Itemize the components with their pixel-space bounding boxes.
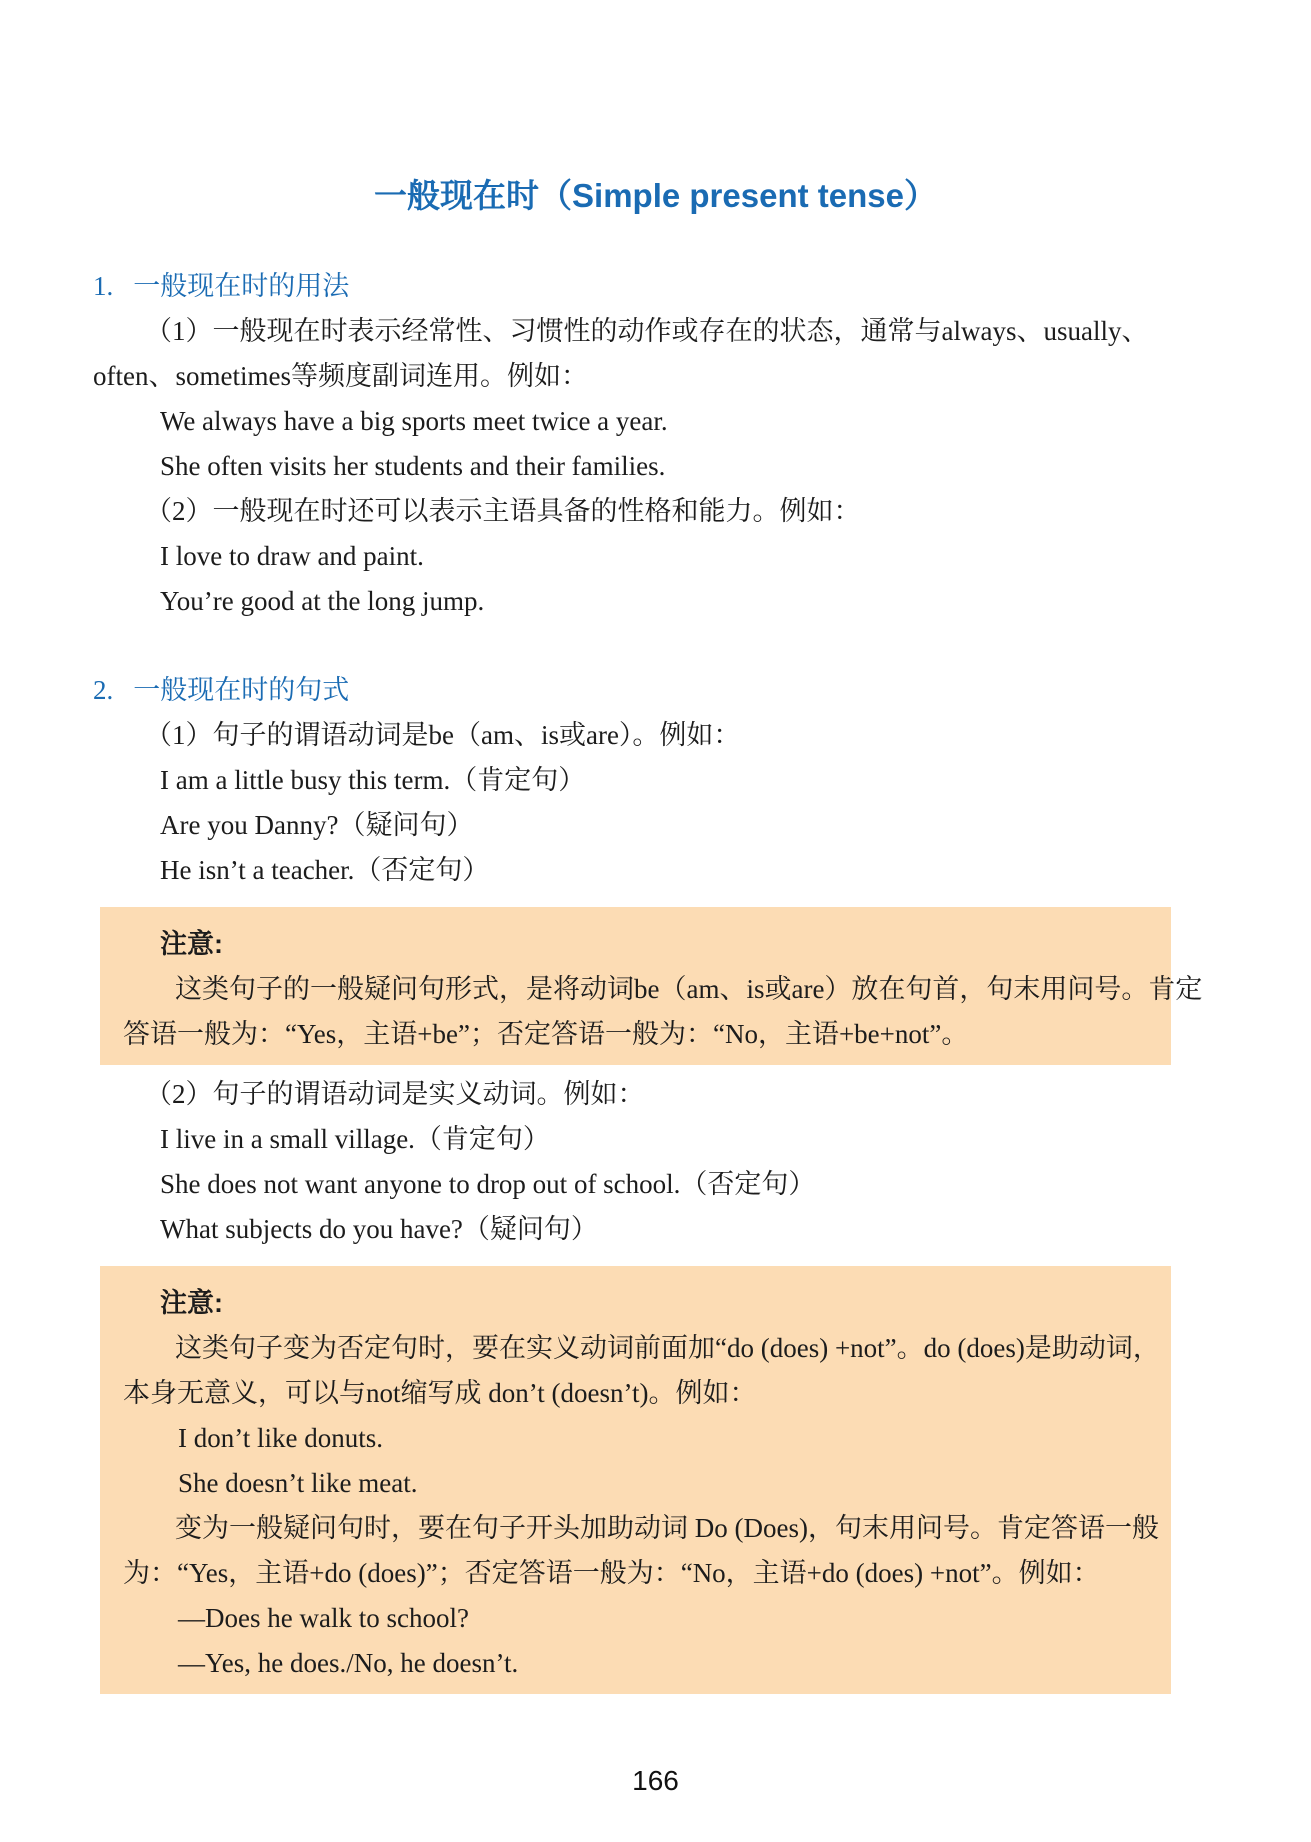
example-sentence: I love to draw and paint. [93, 534, 1180, 579]
example-sentence: I live in a small village.（肯定句） [93, 1117, 1180, 1162]
note-box-2: 注意: 这类句子变为否定句时，要在实义动词前面加“do (does) +not”… [100, 1266, 1171, 1694]
example-sentence: She does not want anyone to drop out of … [93, 1162, 1180, 1207]
page-number: 166 [0, 1758, 1311, 1803]
example-sentence: Are you Danny?（疑问句） [93, 803, 1180, 848]
section-2-heading: 2.一般现在时的句式 [93, 668, 1180, 713]
note-line: 为：“Yes，主语+do (does)”；否定答语一般为：“No，主语+do (… [123, 1551, 1151, 1596]
note-line: 这类句子变为否定句时，要在实义动词前面加“do (does) +not”。do … [123, 1326, 1151, 1371]
page-title: 一般现在时（Simple present tense） [0, 172, 1311, 220]
example-sentence: I am a little busy this term.（肯定句） [93, 758, 1180, 803]
note-line: 变为一般疑问句时，要在句子开头加助动词 Do (Does)，句末用问号。肯定答语… [123, 1506, 1151, 1551]
example-sentence: We always have a big sports meet twice a… [93, 399, 1180, 444]
note-box-1: 注意: 这类句子的一般疑问句形式，是将动词be（am、is或are）放在句首，句… [100, 907, 1171, 1065]
body-line: often、sometimes等频度副词连用。例如： [93, 354, 1180, 399]
note-line: 这类句子的一般疑问句形式，是将动词be（am、is或are）放在句首，句末用问号… [123, 967, 1151, 1012]
example-sentence: He isn’t a teacher.（否定句） [93, 848, 1180, 893]
example-sentence: What subjects do you have?（疑问句） [93, 1207, 1180, 1252]
dialogue-question: —Does he walk to school? [123, 1596, 1151, 1641]
body-line: （2）一般现在时还可以表示主语具备的性格和能力。例如： [93, 489, 1180, 534]
dialogue-answer: —Yes, he does./No, he doesn’t. [123, 1641, 1151, 1686]
body-line: （2）句子的谓语动词是实义动词。例如： [93, 1072, 1180, 1117]
section-2-title: 一般现在时的句式 [133, 675, 349, 705]
example-sentence: You’re good at the long jump. [93, 579, 1180, 624]
note-label: 注意: [160, 1281, 1151, 1326]
textbook-page: 一般现在时（Simple present tense） 1.一般现在时的用法 （… [0, 0, 1311, 1842]
note-label: 注意: [160, 922, 1151, 967]
section-1-number: 1. [93, 264, 113, 309]
section-1-heading: 1.一般现在时的用法 [93, 264, 1180, 309]
section-2-number: 2. [93, 668, 113, 713]
note-line: 答语一般为：“Yes，主语+be”；否定答语一般为：“No，主语+be+not”… [123, 1012, 1151, 1057]
page-content: 1.一般现在时的用法 （1）一般现在时表示经常性、习惯性的动作或存在的状态，通常… [93, 264, 1180, 1694]
example-sentence: She often visits her students and their … [93, 444, 1180, 489]
example-sentence: I don’t like donuts. [123, 1416, 1151, 1461]
body-line: （1）句子的谓语动词是be（am、is或are）。例如： [93, 713, 1180, 758]
note-line: 本身无意义，可以与not缩写成 don’t (doesn’t)。例如： [123, 1371, 1151, 1416]
body-line: （1）一般现在时表示经常性、习惯性的动作或存在的状态，通常与always、usu… [93, 309, 1180, 354]
section-1-title: 一般现在时的用法 [133, 271, 349, 301]
example-sentence: She doesn’t like meat. [123, 1461, 1151, 1506]
